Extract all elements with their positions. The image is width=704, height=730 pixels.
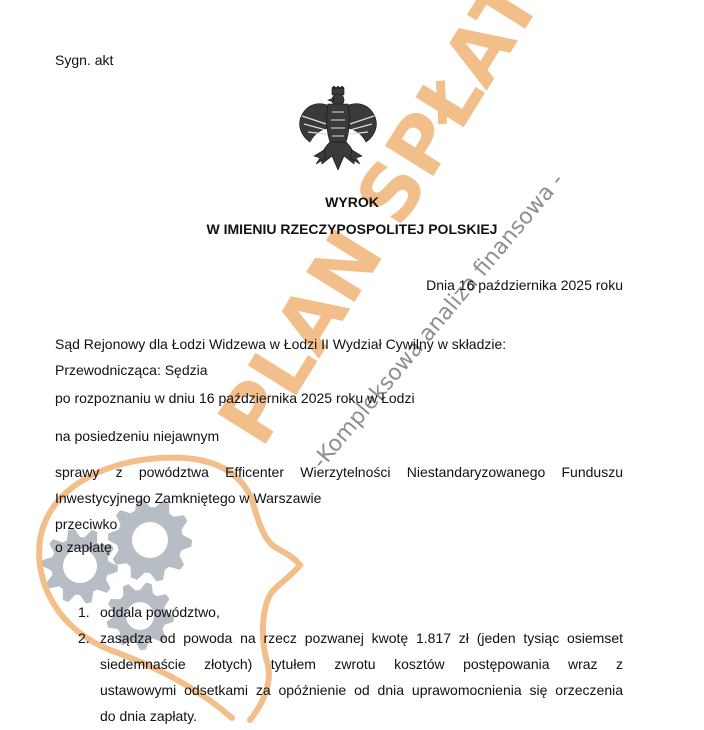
case-subject: o zapłatę xyxy=(55,539,112,555)
against-label: przeciwko xyxy=(55,516,117,532)
presiding-judge: Przewodnicząca: Sędzia xyxy=(55,362,208,378)
ruling-item-line: do dnia zapłaty. xyxy=(100,708,197,724)
ruling-number: 1. xyxy=(78,604,90,620)
polish-eagle-emblem-icon xyxy=(296,86,380,174)
case-parties-line-1: sprawy z powództwa Efficenter Wierzyteln… xyxy=(55,464,623,480)
court-judgment-page: PLAN SPŁATY -Kompleksowa analiza finanso… xyxy=(0,0,704,730)
ruling-item-line: ustawowymi odsetkami za opóźnienie od dn… xyxy=(100,682,623,698)
hearing-info: po rozpoznaniu w dniu 16 października 20… xyxy=(55,390,415,406)
judgment-date: Dnia 16 października 2025 roku xyxy=(426,277,623,293)
case-parties-line-2: Inwestycyjnego Zamkniętego w Warszawie xyxy=(55,490,321,506)
judgment-subtitle: W IMIENIU RZECZYPOSPOLITEJ POLSKIEJ xyxy=(0,221,704,237)
session-type: na posiedzeniu niejawnym xyxy=(55,428,219,444)
court-composition: Sąd Rejonowy dla Łodzi Widzewa w Łodzi I… xyxy=(55,336,506,352)
watermark-tagline: -Kompleksowa analiza finansowa - xyxy=(307,169,569,474)
ruling-number: 2. xyxy=(78,630,90,646)
ruling-item-line: zasądza od powoda na rzecz pozwanej kwot… xyxy=(100,630,623,646)
ruling-item: oddala powództwo, xyxy=(100,604,220,620)
ruling-item-line: siedemnaście złotych) tytułem zwrotu kos… xyxy=(100,656,623,672)
judgment-title: WYROK xyxy=(0,194,704,210)
case-reference-label: Sygn. akt xyxy=(55,52,113,68)
